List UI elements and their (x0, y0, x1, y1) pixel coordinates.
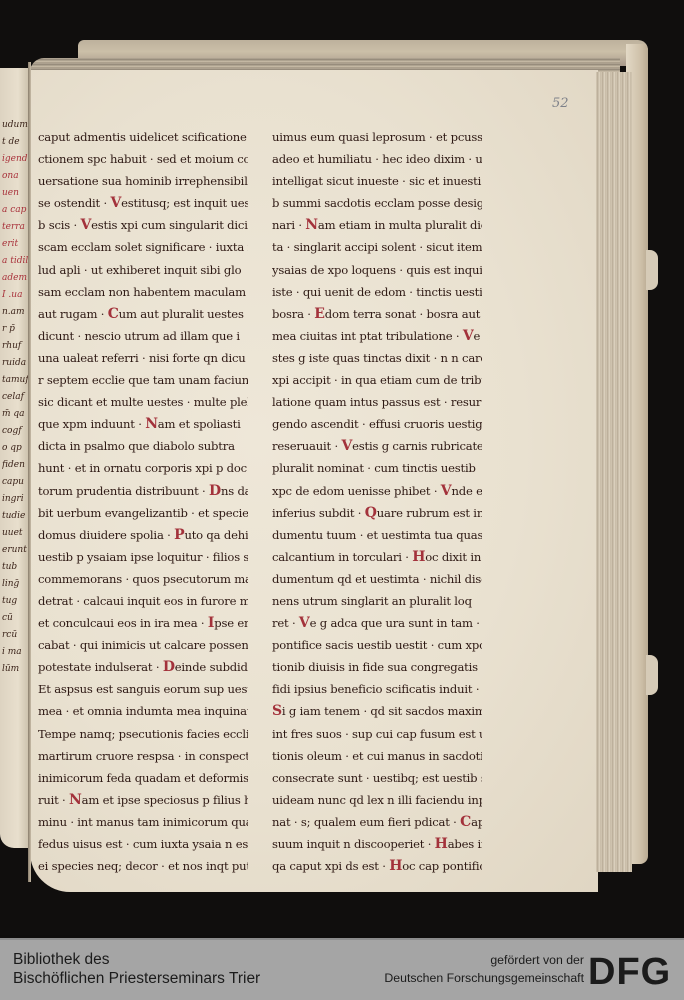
rubricated-initial: N (305, 217, 318, 233)
line-text: tionis oleum · et cui manus in sacdotiu (272, 749, 482, 763)
line-text: estis xpi cum singularit dicit (91, 218, 248, 232)
line-text: se ostendit · (38, 196, 110, 210)
line-text: minu · int manus tam inimicorum quasi (38, 815, 248, 829)
line-text: stes g iste quas tinctas dixit · n n car… (272, 351, 482, 365)
line-text: cabat · qui inimicis ut calcare possent (38, 638, 248, 652)
line-text: uersatione sua hominib irrephensibilem (38, 174, 248, 188)
line-text: mea ciuitas int ptat tribulatione · (272, 329, 463, 343)
line-text: una ualeat referri · nisi forte qn dicu (38, 351, 246, 365)
manuscript-line: qa caput xpi ds est · Hoc cap pontificis (272, 855, 482, 877)
line-text: estis g carnis rubricate (352, 439, 482, 453)
line-text: ruit · (38, 793, 69, 807)
manuscript-line: lud apli · ut exhiberet inquit sibi glo (38, 259, 248, 281)
manuscript-line: ctionem spc habuit · sed et moium con (38, 148, 248, 170)
verso-text-fragment: a cap (2, 205, 28, 215)
verso-text-fragment: erunt (2, 545, 28, 555)
manuscript-line: potestate indulserat · Deinde subdidit · (38, 656, 248, 678)
folio-number: 52 (552, 96, 569, 111)
verso-text-fragment: uen (2, 188, 28, 198)
line-text: sam ecclam non habentem maculam (38, 285, 246, 299)
manuscript-line: pontifice sacis uestib uestit · cum xpc … (272, 634, 482, 656)
manuscript-line: suum inquit n discooperiet · Habes in ap… (272, 833, 482, 855)
manuscript-line: bosra · Edom terra sonat · bosra aut ydu (272, 303, 482, 325)
manuscript-line: cabat · qui inimicis ut calcare possent (38, 634, 248, 656)
manuscript-line: ta · singlarit accipi solent · sicut ite… (272, 236, 482, 258)
manuscript-line: sic dicant et multe uestes · multe plebe (38, 391, 248, 413)
line-text: que xpm induunt · (38, 417, 145, 431)
manuscript-line: xpi accipit · in qua etiam cum de tribu (272, 369, 482, 391)
manuscript-line: Et aspsus est sanguis eorum sup uestimta (38, 678, 248, 700)
verso-text-fragment: celaf (2, 392, 28, 402)
line-text: Et aspsus est sanguis eorum sup uestimta (38, 682, 248, 696)
line-text: bit uerbum evangelizantib · et speciei (38, 506, 248, 520)
verso-text-fragment: tub̄ (2, 562, 28, 572)
line-text: ret · (272, 616, 299, 630)
line-text: caput admentis uidelicet scificatione un (38, 130, 248, 144)
line-text: domus diuidere spolia · (38, 528, 174, 542)
line-text: dicunt · nescio utrum ad illam que i (38, 329, 240, 343)
verso-text-fragment: terra (2, 222, 28, 232)
rubricated-initial: N (69, 792, 82, 808)
rubricated-initial: C (108, 306, 119, 322)
verso-text-fragment: m̄ qa (2, 409, 28, 419)
manuscript-line: uimus eum quasi leprosum · et pcussum (272, 126, 482, 148)
text-column-right: uimus eum quasi leprosum · et pcussumade… (272, 126, 482, 877)
verso-text-fragment: ona (2, 171, 28, 181)
rubricated-initial: V (80, 217, 91, 233)
line-text: reseruauit · (272, 439, 341, 453)
manuscript-line: pluralit nominat · cum tinctis uestib (272, 457, 482, 479)
manuscript-line: dumentum qd et uestimta · nichil discer (272, 568, 482, 590)
line-text: ysaias de xpo loquens · quis est inquit (272, 263, 482, 277)
line-text: uare rubrum est in (377, 506, 482, 520)
rubricated-initial: V (299, 615, 310, 631)
line-text: einde subdidit · (175, 660, 248, 674)
line-text: et conculcaui eos in ira mea · (38, 616, 208, 630)
manuscript-line: uideam nunc qd lex n illi faciendu inpo (272, 789, 482, 811)
rubricated-initial: V (341, 438, 352, 454)
line-text: xpc de edom uenisse phibet · (272, 484, 441, 498)
line-text: um aut pluralit uestes (119, 307, 244, 321)
rubricated-initial: E (314, 306, 324, 322)
manuscript-line: mea · et omnia indumta mea inquinaui · (38, 700, 248, 722)
manuscript-line: Si g iam tenem · qd sit sacdos maxim (272, 700, 482, 722)
manuscript-line: domus diuidere spolia · Puto qa dehis (38, 524, 248, 546)
manuscript-line: gendo ascendit · effusi cruoris uestigia (272, 413, 482, 435)
manuscript-line: tionib diuisis in fide sua congregatis ·… (272, 656, 482, 678)
line-text: fidi ipsius beneficio scificatis induit … (272, 682, 479, 696)
line-text: e (474, 329, 481, 343)
manuscript-line: int fres suos · sup cui cap fusum est un… (272, 723, 482, 745)
parchment-tab (646, 655, 658, 695)
verso-text-fragment: tamuf (2, 375, 28, 385)
manuscript-line: adeo et humiliatu · hec ideo dixim · ut (272, 148, 482, 170)
line-text: lud apli · ut exhiberet inquit sibi glo (38, 263, 241, 277)
line-text: inferius subdit · (272, 506, 365, 520)
verso-text-fragment: a tidil (2, 256, 28, 266)
line-text: estitusq; est inquit uesti (121, 196, 248, 210)
manuscript-line: minu · int manus tam inimicorum quasi (38, 811, 248, 833)
line-text: uideam nunc qd lex n illi faciendu inpo (272, 793, 482, 807)
line-text: nde et (451, 484, 482, 498)
library-line-2: Bischöflichen Priesterseminars Trier (13, 969, 260, 988)
rubricated-initial: C (460, 814, 471, 830)
dfg-logo: DFG (588, 954, 671, 990)
verso-text-fragment: ruida (2, 358, 28, 368)
manuscript-line: stes g iste quas tinctas dixit · n n car… (272, 347, 482, 369)
manuscript-line: uestib p ysaiam ipse loquitur · filios s… (38, 546, 248, 568)
line-text: am et ipse speciosus p filius ho (82, 793, 248, 807)
line-text: pluralit nominat · cum tinctis uestib (272, 461, 476, 475)
line-text: pontifice sacis uestib uestit · cum xpc … (272, 638, 482, 652)
manuscript-line: tionis oleum · et cui manus in sacdotiu (272, 745, 482, 767)
gutter (28, 62, 31, 882)
line-text: aput (471, 815, 482, 829)
line-text: e g adca que ura sunt in tam · (310, 616, 480, 630)
manuscript-line: dicunt · nescio utrum ad illam que i (38, 325, 248, 347)
line-text: calcantium in torculari · (272, 550, 412, 564)
verso-text-fragment: capu (2, 477, 28, 487)
rubricated-initial: H (412, 549, 425, 565)
line-text: qa caput xpi ds est · (272, 859, 389, 873)
footer-bar: Bibliothek des Bischöflichen Priestersem… (0, 938, 684, 1000)
line-text: hunt · et in ornatu corporis xpi p doc (38, 461, 247, 475)
line-text: am etiam in multa pluralit dic (318, 218, 482, 232)
line-text: torum prudentia distribuunt · (38, 484, 209, 498)
manuscript-line: b summi sacdotis ecclam posse desig (272, 192, 482, 214)
manuscript-line: sam ecclam non habentem maculam (38, 281, 248, 303)
manuscript-line: ei species neq; decor · et nos inqt puta (38, 855, 248, 877)
manuscript-line: r septem ecclie que tam unam faciunt · (38, 369, 248, 391)
manuscript-line: latione quam intus passus est · resur (272, 391, 482, 413)
line-text: dumentum qd et uestimta · nichil discer (272, 572, 482, 586)
line-text: nat · s; qualem eum fieri pdicat · (272, 815, 460, 829)
library-line-1: Bibliothek des (13, 950, 260, 969)
parchment-tab (646, 250, 658, 290)
verso-text-fragment: rcū (2, 630, 28, 640)
manuscript-line: caput admentis uidelicet scificatione un (38, 126, 248, 148)
line-text: inimicorum feda quadam et deformis appa (38, 771, 248, 785)
rubricated-initial: D (163, 659, 175, 675)
line-text: mea · et omnia indumta mea inquinaui · (38, 704, 248, 718)
line-text: potestate indulserat · (38, 660, 163, 674)
verso-text-fragment: cū (2, 613, 28, 623)
rubricated-initial: H (435, 836, 448, 852)
line-text: r septem ecclie que tam unam faciunt · (38, 373, 248, 387)
verso-text-fragment: I .ua (2, 290, 28, 300)
line-text: int fres suos · sup cui cap fusum est un… (272, 727, 482, 741)
line-text: aut rugam · (38, 307, 108, 321)
line-text: Tempe namq; psecutionis facies ecclie (38, 727, 248, 741)
manuscript-line: iste · qui uenit de edom · tinctis uesti… (272, 281, 482, 303)
funded-line-1: gefördert von der (384, 951, 584, 969)
verso-text-fragment: igend (2, 154, 28, 164)
line-text: uimus eum quasi leprosum · et pcussum (272, 130, 482, 144)
manuscript-line: una ualeat referri · nisi forte qn dicu (38, 347, 248, 369)
manuscript-scan: udumt deigendonauena capterraerita tidil… (0, 0, 684, 935)
line-text: bosra · (272, 307, 314, 321)
manuscript-line: fidi ipsius beneficio scificatis induit … (272, 678, 482, 700)
verso-text-fragment: udum (2, 120, 28, 130)
verso-text-fragment: ingri (2, 494, 28, 504)
manuscript-line: b scis · Vestis xpi cum singularit dicit (38, 214, 248, 236)
manuscript-line: xpc de edom uenisse phibet · Vnde et (272, 480, 482, 502)
manuscript-line: nens utrum singlarit an pluralit loq (272, 590, 482, 612)
line-text: i g iam tenem · qd sit sacdos maxim (282, 704, 482, 718)
verso-text-fragment: lũm (2, 664, 28, 674)
line-text: fedus uisus est · cum iuxta ysaia n esse… (38, 837, 248, 851)
rubricated-initial: N (145, 416, 158, 432)
line-text: sic dicant et multe uestes · multe plebe (38, 395, 248, 409)
verso-text-fragment: tug (2, 596, 28, 606)
line-text: intelligat sicut inueste · sic et inuest… (272, 174, 481, 188)
manuscript-line: dumentu tuum · et uestimta tua quasi (272, 524, 482, 546)
manuscript-line: aut rugam · Cum aut pluralit uestes (38, 303, 248, 325)
line-text: commemorans · quos psecutorum manib de (38, 572, 248, 586)
line-text: uto qa dehis (184, 528, 248, 542)
verso-page-fragment: udumt deigendonauena capterraerita tidil… (0, 68, 30, 848)
rubricated-initial: S (272, 703, 282, 719)
line-text: nens utrum singlarit an pluralit loq (272, 594, 472, 608)
verso-text-fragment: linḡ (2, 579, 28, 589)
line-text: iste · qui uenit de edom · tinctis uesti… (272, 285, 482, 299)
verso-text-fragment: fiden (2, 460, 28, 470)
verso-text-fragment: o qp (2, 443, 28, 453)
fore-edge-page-stack (596, 72, 632, 872)
line-text: consecrate sunt · uestibq; est uestib sc… (272, 771, 482, 785)
manuscript-line: martirum cruore respsa · in conspectu (38, 745, 248, 767)
line-text: martirum cruore respsa · in conspectu (38, 749, 248, 763)
manuscript-line: reseruauit · Vestis g carnis rubricate (272, 435, 482, 457)
line-text: ns da (221, 484, 248, 498)
verso-text-fragment: erit (2, 239, 28, 249)
line-text: latione quam intus passus est · resur (272, 395, 481, 409)
line-text: nari · (272, 218, 305, 232)
manuscript-line: torum prudentia distribuunt · Dns da (38, 480, 248, 502)
verso-text-fragment: tudie (2, 511, 28, 521)
rubricated-initial: Q (365, 505, 377, 521)
manuscript-line: Tempe namq; psecutionis facies ecclie (38, 723, 248, 745)
manuscript-line: inimicorum feda quadam et deformis appa (38, 767, 248, 789)
line-text: dumentu tuum · et uestimta tua quasi (272, 528, 482, 542)
verso-text-fragment: rhuf (2, 341, 28, 351)
manuscript-line: calcantium in torculari · Hoc dixit in (272, 546, 482, 568)
line-text: ctionem spc habuit · sed et moium con (38, 152, 248, 166)
manuscript-line: hunt · et in ornatu corporis xpi p doc (38, 457, 248, 479)
manuscript-line: bit uerbum evangelizantib · et speciei (38, 502, 248, 524)
manuscript-line: ruit · Nam et ipse speciosus p filius ho (38, 789, 248, 811)
manuscript-line: detrat · calcaui inquit eos in furore me… (38, 590, 248, 612)
line-text: dom terra sonat · bosra aut ydu (325, 307, 482, 321)
manuscript-line: consecrate sunt · uestibq; est uestib sc… (272, 767, 482, 789)
rubricated-initial: H (389, 858, 402, 874)
line-text: detrat · calcaui inquit eos in furore me… (38, 594, 248, 608)
verso-text-fragment: adem (2, 273, 28, 283)
rubricated-initial: V (463, 328, 474, 344)
line-text: gendo ascendit · effusi cruoris uestigia (272, 417, 482, 431)
line-text: uestib p ysaiam ipse loquitur · filios s… (38, 550, 248, 564)
manuscript-line: que xpm induunt · Nam et spoliasti (38, 413, 248, 435)
rubricated-initial: V (441, 483, 452, 499)
line-text: oc cap pontificis (402, 859, 482, 873)
verso-text-fragment: i ma (2, 647, 28, 657)
manuscript-line: nari · Nam etiam in multa pluralit dic (272, 214, 482, 236)
verso-text-fragment: t de (2, 137, 28, 147)
line-text: scam ecclam solet significare · iuxta il (38, 240, 248, 254)
line-text: am et spoliasti (158, 417, 241, 431)
rubricated-initial: P (174, 527, 184, 543)
line-text: oc dixit in (425, 550, 481, 564)
manuscript-line: dicta in psalmo que diabolo subtra (38, 435, 248, 457)
line-text: xpi accipit · in qua etiam cum de tribu (272, 373, 482, 387)
line-text: ta · singlarit accipi solent · sicut ite… (272, 240, 482, 254)
manuscript-line: et conculcaui eos in ira mea · Ipse eni … (38, 612, 248, 634)
library-credit: Bibliothek des Bischöflichen Priestersem… (13, 950, 260, 988)
line-text: dicta in psalmo que diabolo subtra (38, 439, 235, 453)
funded-line-2: Deutschen Forschungsgemeinschaft (384, 969, 584, 987)
verso-text-fragment: r p̄ (2, 324, 28, 334)
rubricated-initial: D (209, 483, 221, 499)
line-text: b summi sacdotis ecclam posse desig (272, 196, 482, 210)
line-text: pse eni cal (214, 616, 248, 630)
verso-text-fragment: cogf (2, 426, 28, 436)
line-text: suum inquit n discooperiet · (272, 837, 435, 851)
manuscript-line: intelligat sicut inueste · sic et inuest… (272, 170, 482, 192)
manuscript-line: uersatione sua hominib irrephensibilem (38, 170, 248, 192)
manuscript-line: ret · Ve g adca que ura sunt in tam · (272, 612, 482, 634)
manuscript-line: ysaias de xpo loquens · quis est inquit (272, 259, 482, 281)
line-text: ei species neq; decor · et nos inqt puta (38, 859, 248, 873)
line-text: tionib diuisis in fide sua congregatis ·… (272, 660, 482, 674)
verso-text-fragment: n.am (2, 307, 28, 317)
line-text: abes in aplo · (448, 837, 482, 851)
manuscript-line: fedus uisus est · cum iuxta ysaia n esse… (38, 833, 248, 855)
funding-credit: gefördert von der Deutschen Forschungsge… (384, 951, 584, 987)
rubricated-initial: V (110, 195, 121, 211)
line-text: adeo et humiliatu · hec ideo dixim · ut (272, 152, 482, 166)
manuscript-line: se ostendit · Vestitusq; est inquit uest… (38, 192, 248, 214)
line-text: b scis · (38, 218, 80, 232)
verso-text-fragment: uuet (2, 528, 28, 538)
manuscript-line: scam ecclam solet significare · iuxta il (38, 236, 248, 258)
manuscript-line: inferius subdit · Quare rubrum est in (272, 502, 482, 524)
manuscript-line: nat · s; qualem eum fieri pdicat · Caput (272, 811, 482, 833)
text-column-left: caput admentis uidelicet scificatione un… (38, 126, 248, 877)
manuscript-line: commemorans · quos psecutorum manib de (38, 568, 248, 590)
manuscript-line: mea ciuitas int ptat tribulatione · Ve (272, 325, 482, 347)
